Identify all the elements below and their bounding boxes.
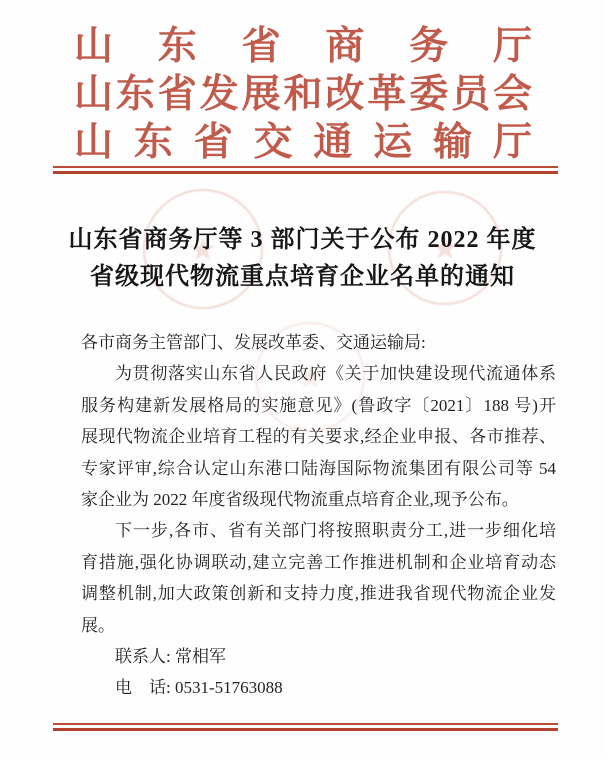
body-line: 专家评审,综合认定山东港口陆海国际物流集团有限公司等 54 bbox=[81, 453, 556, 484]
agency-name-3: 山东省交通运输厅 bbox=[74, 119, 532, 167]
document-title-line1: 山东省商务厅等 3 部门关于公布 2022 年度 bbox=[30, 222, 575, 259]
body-line: 下一步,各市、省有关部门将按照职责分工,进一步细化培 bbox=[81, 515, 556, 546]
agency-name-1: 山东省商务厅 bbox=[74, 23, 532, 71]
letterhead: 山东省商务厅 山东省发展和改革委员会 山东省交通运输厅 bbox=[74, 23, 532, 167]
body-line: 电 话: 0531-51763088 bbox=[81, 672, 556, 703]
body-line: 展现代物流企业培育工程的有关要求,经企业申报、各市推荐、 bbox=[81, 421, 556, 452]
document-title-line2: 省级现代物流重点培育企业名单的通知 bbox=[30, 259, 575, 296]
agency-name-2: 山东省发展和改革委员会 bbox=[74, 71, 532, 119]
body-line: 各市商务主管部门、发展改革委、交通运输局: bbox=[81, 327, 556, 358]
header-divider-rule bbox=[53, 166, 558, 174]
body-line: 联系人: 常相军 bbox=[81, 641, 556, 672]
document-body: 各市商务主管部门、发展改革委、交通运输局:为贯彻落实山东省人民政府《关于加快建设… bbox=[81, 327, 556, 704]
body-line: 育措施,强化协调联动,建立完善工作推进机制和企业培育动态 bbox=[81, 547, 556, 578]
footer-divider-rule bbox=[53, 723, 558, 731]
body-line: 家企业为 2022 年度省级现代物流重点培育企业,现予公布。 bbox=[81, 484, 556, 515]
body-line: 为贯彻落实山东省人民政府《关于加快建设现代流通体系 bbox=[81, 358, 556, 389]
body-line: 调整机制,加大政策创新和支持力度,推进我省现代物流企业发 bbox=[81, 578, 556, 609]
body-line: 展。 bbox=[81, 610, 556, 641]
body-line: 服务构建新发展格局的实施意见》(鲁政字〔2021〕188 号)开 bbox=[81, 390, 556, 421]
document-title: 山东省商务厅等 3 部门关于公布 2022 年度 省级现代物流重点培育企业名单的… bbox=[30, 222, 575, 296]
official-document: 山东省商务厅 山东省发展和改革委员会 山东省交通运输厅 ★ ★ ★ 山东省商务厅… bbox=[0, 0, 605, 759]
